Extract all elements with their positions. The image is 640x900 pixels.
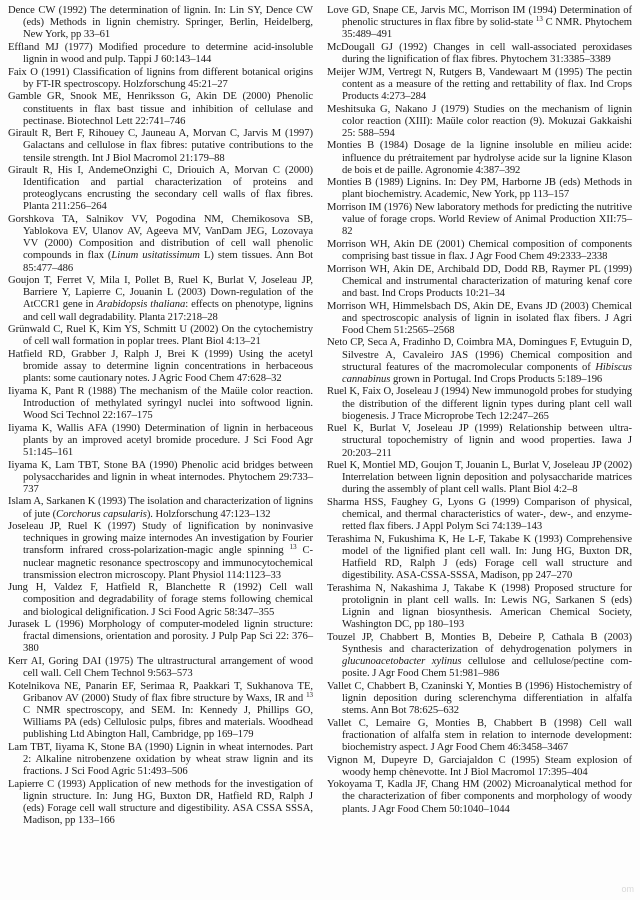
reference-text: Girault R, Bert F, Rihouey C, Jauneau A,… bbox=[8, 128, 313, 163]
reference-entry: Lapierre C (1993) Application of new met… bbox=[8, 779, 313, 827]
reference-text: Kotelnikova NE, Panarin EF, Serimaa R, P… bbox=[8, 681, 313, 704]
reference-entry: Hatfield RD, Grabber J, Ralph J, Brei K … bbox=[8, 349, 313, 385]
references-left-column: Dence CW (1992) The determination of lig… bbox=[8, 5, 313, 828]
reference-entry: Morrison IM (1976) New laboratory method… bbox=[327, 202, 632, 238]
reference-text: Girault R, His I, AndemeOnzighi C, Driou… bbox=[8, 165, 313, 212]
reference-entry: Kerr AI, Goring DAI (1975) The ultrastru… bbox=[8, 656, 313, 680]
reference-text: Joseleau JP, Ruel K (1997) Study of lign… bbox=[8, 521, 313, 556]
reference-entry: Ruel K, Montiel MD, Goujon T, Jouanin L,… bbox=[327, 460, 632, 496]
reference-text: Terashima N, Fukushima K, He L-F, Takabe… bbox=[327, 534, 632, 581]
reference-entry: Iiyama K, Wallis AFA (1990) Determinatio… bbox=[8, 423, 313, 459]
reference-entry: Jurasek L (1996) Morphology of computer-… bbox=[8, 619, 313, 655]
species-name: glucunoacetobacter xylinus bbox=[342, 656, 461, 667]
references-right-column: Love GD, Snape CE, Jarvis MC, Morrison I… bbox=[327, 5, 632, 816]
document-page: Dence CW (1992) The determination of lig… bbox=[0, 0, 640, 900]
reference-text: Grünwald C, Ruel K, Kim YS, Schmitt U (2… bbox=[8, 324, 313, 347]
reference-entry: Vallet C, Lemaire G, Monties B, Chabbert… bbox=[327, 718, 632, 754]
reference-entry: Iiyama K, Lam TBT, Stone BA (1990) Pheno… bbox=[8, 460, 313, 496]
reference-text: Monties B (1989) Lignins. In: Dey PM, Ha… bbox=[327, 177, 632, 200]
reference-text: Vallet C, Lemaire G, Monties B, Chabbert… bbox=[327, 718, 632, 753]
reference-entry: Monties B (1989) Lignins. In: Dey PM, Ha… bbox=[327, 177, 632, 201]
reference-text: Meshitsuka G, Nakano J (1979) Studies on… bbox=[327, 104, 632, 139]
reference-entry: Sharma HSS, Faughey G, Lyons G (1999) Co… bbox=[327, 497, 632, 533]
reference-entry: Morrison WH, Akin DE, Archibald DD, Dodd… bbox=[327, 264, 632, 300]
reference-text: Iiyama K, Wallis AFA (1990) Determinatio… bbox=[8, 423, 313, 458]
reference-entry: Neto CP, Seca A, Fradinho D, Coimbra MA,… bbox=[327, 337, 632, 385]
reference-text: Sharma HSS, Faughey G, Lyons G (1999) Co… bbox=[327, 497, 632, 532]
reference-text: Morrison WH, Akin DE (2001) Chemical com… bbox=[327, 239, 632, 262]
reference-text: Morrison IM (1976) New laboratory method… bbox=[327, 202, 632, 237]
reference-text: Lam TBT, Iiyama K, Stone BA (1990) Ligni… bbox=[8, 742, 313, 777]
reference-text: Vignon M, Dupeyre D, Garciajaldon C (199… bbox=[327, 755, 632, 778]
reference-text: Vallet C, Chabbert B, Czaninski Y, Monti… bbox=[327, 681, 632, 716]
watermark-text: om bbox=[621, 884, 634, 894]
reference-entry: Lam TBT, Iiyama K, Stone BA (1990) Ligni… bbox=[8, 742, 313, 778]
reference-entry: Joseleau JP, Ruel K (1997) Study of lign… bbox=[8, 521, 313, 581]
reference-entry: Vallet C, Chabbert B, Czaninski Y, Monti… bbox=[327, 681, 632, 717]
reference-text: Ruel K, Montiel MD, Goujon T, Jouanin L,… bbox=[327, 460, 632, 495]
reference-text: grown in Portugal. Ind Crops Products 5:… bbox=[390, 374, 602, 385]
reference-entry: Islam A, Sarkanen K (1993) The isolation… bbox=[8, 496, 313, 520]
reference-text: Yokoyama T, Kadla JF, Chang HM (2002) Mi… bbox=[327, 779, 632, 814]
reference-entry: Monties B (1984) Dosage de la lignine in… bbox=[327, 140, 632, 176]
reference-entry: Ruel K, Burlat V, Joseleau JP (1999) Rel… bbox=[327, 423, 632, 459]
reference-text: Monties B (1984) Dosage de la lignine in… bbox=[327, 140, 632, 175]
reference-entry: Jung H, Valdez F, Hatfield R, Blanchette… bbox=[8, 582, 313, 618]
reference-entry: Gamble GR, Snook ME, Henriksson G, Akin … bbox=[8, 91, 313, 127]
reference-entry: Grünwald C, Ruel K, Kim YS, Schmitt U (2… bbox=[8, 324, 313, 348]
reference-text: Dence CW (1992) The determination of lig… bbox=[8, 5, 313, 40]
reference-text: Morrison WH, Akin DE, Archibald DD, Dodd… bbox=[327, 264, 632, 299]
species-name: Linum usitatissimum bbox=[111, 250, 200, 261]
species-name: Corchorus capsularis bbox=[56, 509, 147, 520]
reference-entry: Dence CW (1992) The determination of lig… bbox=[8, 5, 313, 41]
reference-entry: Goujon T, Ferret V, Mila I, Pollet B, Ru… bbox=[8, 275, 313, 323]
reference-text: Morrison WH, Himmelsbach DS, Akin DE, Ev… bbox=[327, 301, 632, 336]
reference-entry: Meshitsuka G, Nakano J (1979) Studies on… bbox=[327, 104, 632, 140]
reference-text: Neto CP, Seca A, Fradinho D, Coimbra MA,… bbox=[327, 337, 632, 372]
reference-entry: Meijer WJM, Vertregt N, Rutgers B, Vande… bbox=[327, 67, 632, 103]
reference-text: Terashima N, Nakashima J, Takabe K (1998… bbox=[327, 583, 632, 630]
reference-entry: Terashima N, Fukushima K, He L-F, Takabe… bbox=[327, 534, 632, 582]
reference-entry: McDougall GJ (1992) Changes in cell wall… bbox=[327, 42, 632, 66]
reference-text: Jung H, Valdez F, Hatfield R, Blanchette… bbox=[8, 582, 313, 617]
reference-text: Faix O (1991) Classification of lignins … bbox=[8, 67, 313, 90]
reference-text: Ruel K, Burlat V, Joseleau JP (1999) Rel… bbox=[327, 423, 632, 458]
reference-text: Ruel K, Faix O, Joseleau J (1994) New im… bbox=[327, 386, 632, 421]
reference-entry: Terashima N, Nakashima J, Takabe K (1998… bbox=[327, 583, 632, 631]
reference-text: ). Holzforschung 47:123–132 bbox=[147, 509, 271, 520]
reference-text: Hatfield RD, Grabber J, Ralph J, Brei K … bbox=[8, 349, 313, 384]
reference-entry: Touzel JP, Chabbert B, Monties B, Debeir… bbox=[327, 632, 632, 680]
reference-text: Gamble GR, Snook ME, Henriksson G, Akin … bbox=[8, 91, 313, 126]
reference-text: McDougall GJ (1992) Changes in cell wall… bbox=[327, 42, 632, 65]
reference-entry: Girault R, Bert F, Rihouey C, Jauneau A,… bbox=[8, 128, 313, 164]
reference-text: Effland MJ (1977) Modified procedure to … bbox=[8, 42, 313, 65]
reference-entry: Effland MJ (1977) Modified procedure to … bbox=[8, 42, 313, 66]
reference-entry: Iiyama K, Pant R (1988) The mechanism of… bbox=[8, 386, 313, 422]
reference-entry: Ruel K, Faix O, Joseleau J (1994) New im… bbox=[327, 386, 632, 422]
reference-entry: Faix O (1991) Classification of lignins … bbox=[8, 67, 313, 91]
species-name: Arabidopsis thaliana bbox=[97, 299, 186, 310]
isotope-superscript: 13 bbox=[306, 691, 313, 699]
reference-text: Lapierre C (1993) Application of new met… bbox=[8, 779, 313, 826]
reference-text: Touzel JP, Chabbert B, Monties B, Debeir… bbox=[327, 632, 632, 655]
reference-text: Iiyama K, Lam TBT, Stone BA (1990) Pheno… bbox=[8, 460, 313, 495]
reference-entry: Morrison WH, Himmelsbach DS, Akin DE, Ev… bbox=[327, 301, 632, 337]
reference-entry: Vignon M, Dupeyre D, Garciajaldon C (199… bbox=[327, 755, 632, 779]
reference-entry: Kotelnikova NE, Panarin EF, Serimaa R, P… bbox=[8, 681, 313, 741]
reference-entry: Morrison WH, Akin DE (2001) Chemical com… bbox=[327, 239, 632, 263]
isotope-superscript: 13 bbox=[536, 15, 543, 23]
reference-entry: Girault R, His I, AndemeOnzighi C, Driou… bbox=[8, 165, 313, 213]
reference-text: Kerr AI, Goring DAI (1975) The ultrastru… bbox=[8, 656, 313, 679]
isotope-superscript: 13 bbox=[290, 543, 297, 551]
reference-entry: Love GD, Snape CE, Jarvis MC, Morrison I… bbox=[327, 5, 632, 41]
reference-text: Jurasek L (1996) Morphology of computer-… bbox=[8, 619, 313, 654]
reference-entry: Yokoyama T, Kadla JF, Chang HM (2002) Mi… bbox=[327, 779, 632, 815]
reference-text: Iiyama K, Pant R (1988) The mechanism of… bbox=[8, 386, 313, 421]
reference-entry: Gorshkova TA, Salnikov VV, Pogodina NM, … bbox=[8, 214, 313, 274]
reference-text: Meijer WJM, Vertregt N, Rutgers B, Vande… bbox=[327, 67, 632, 102]
reference-text: C NMR spectroscopy, and SEM. In: Kennedy… bbox=[23, 705, 313, 740]
